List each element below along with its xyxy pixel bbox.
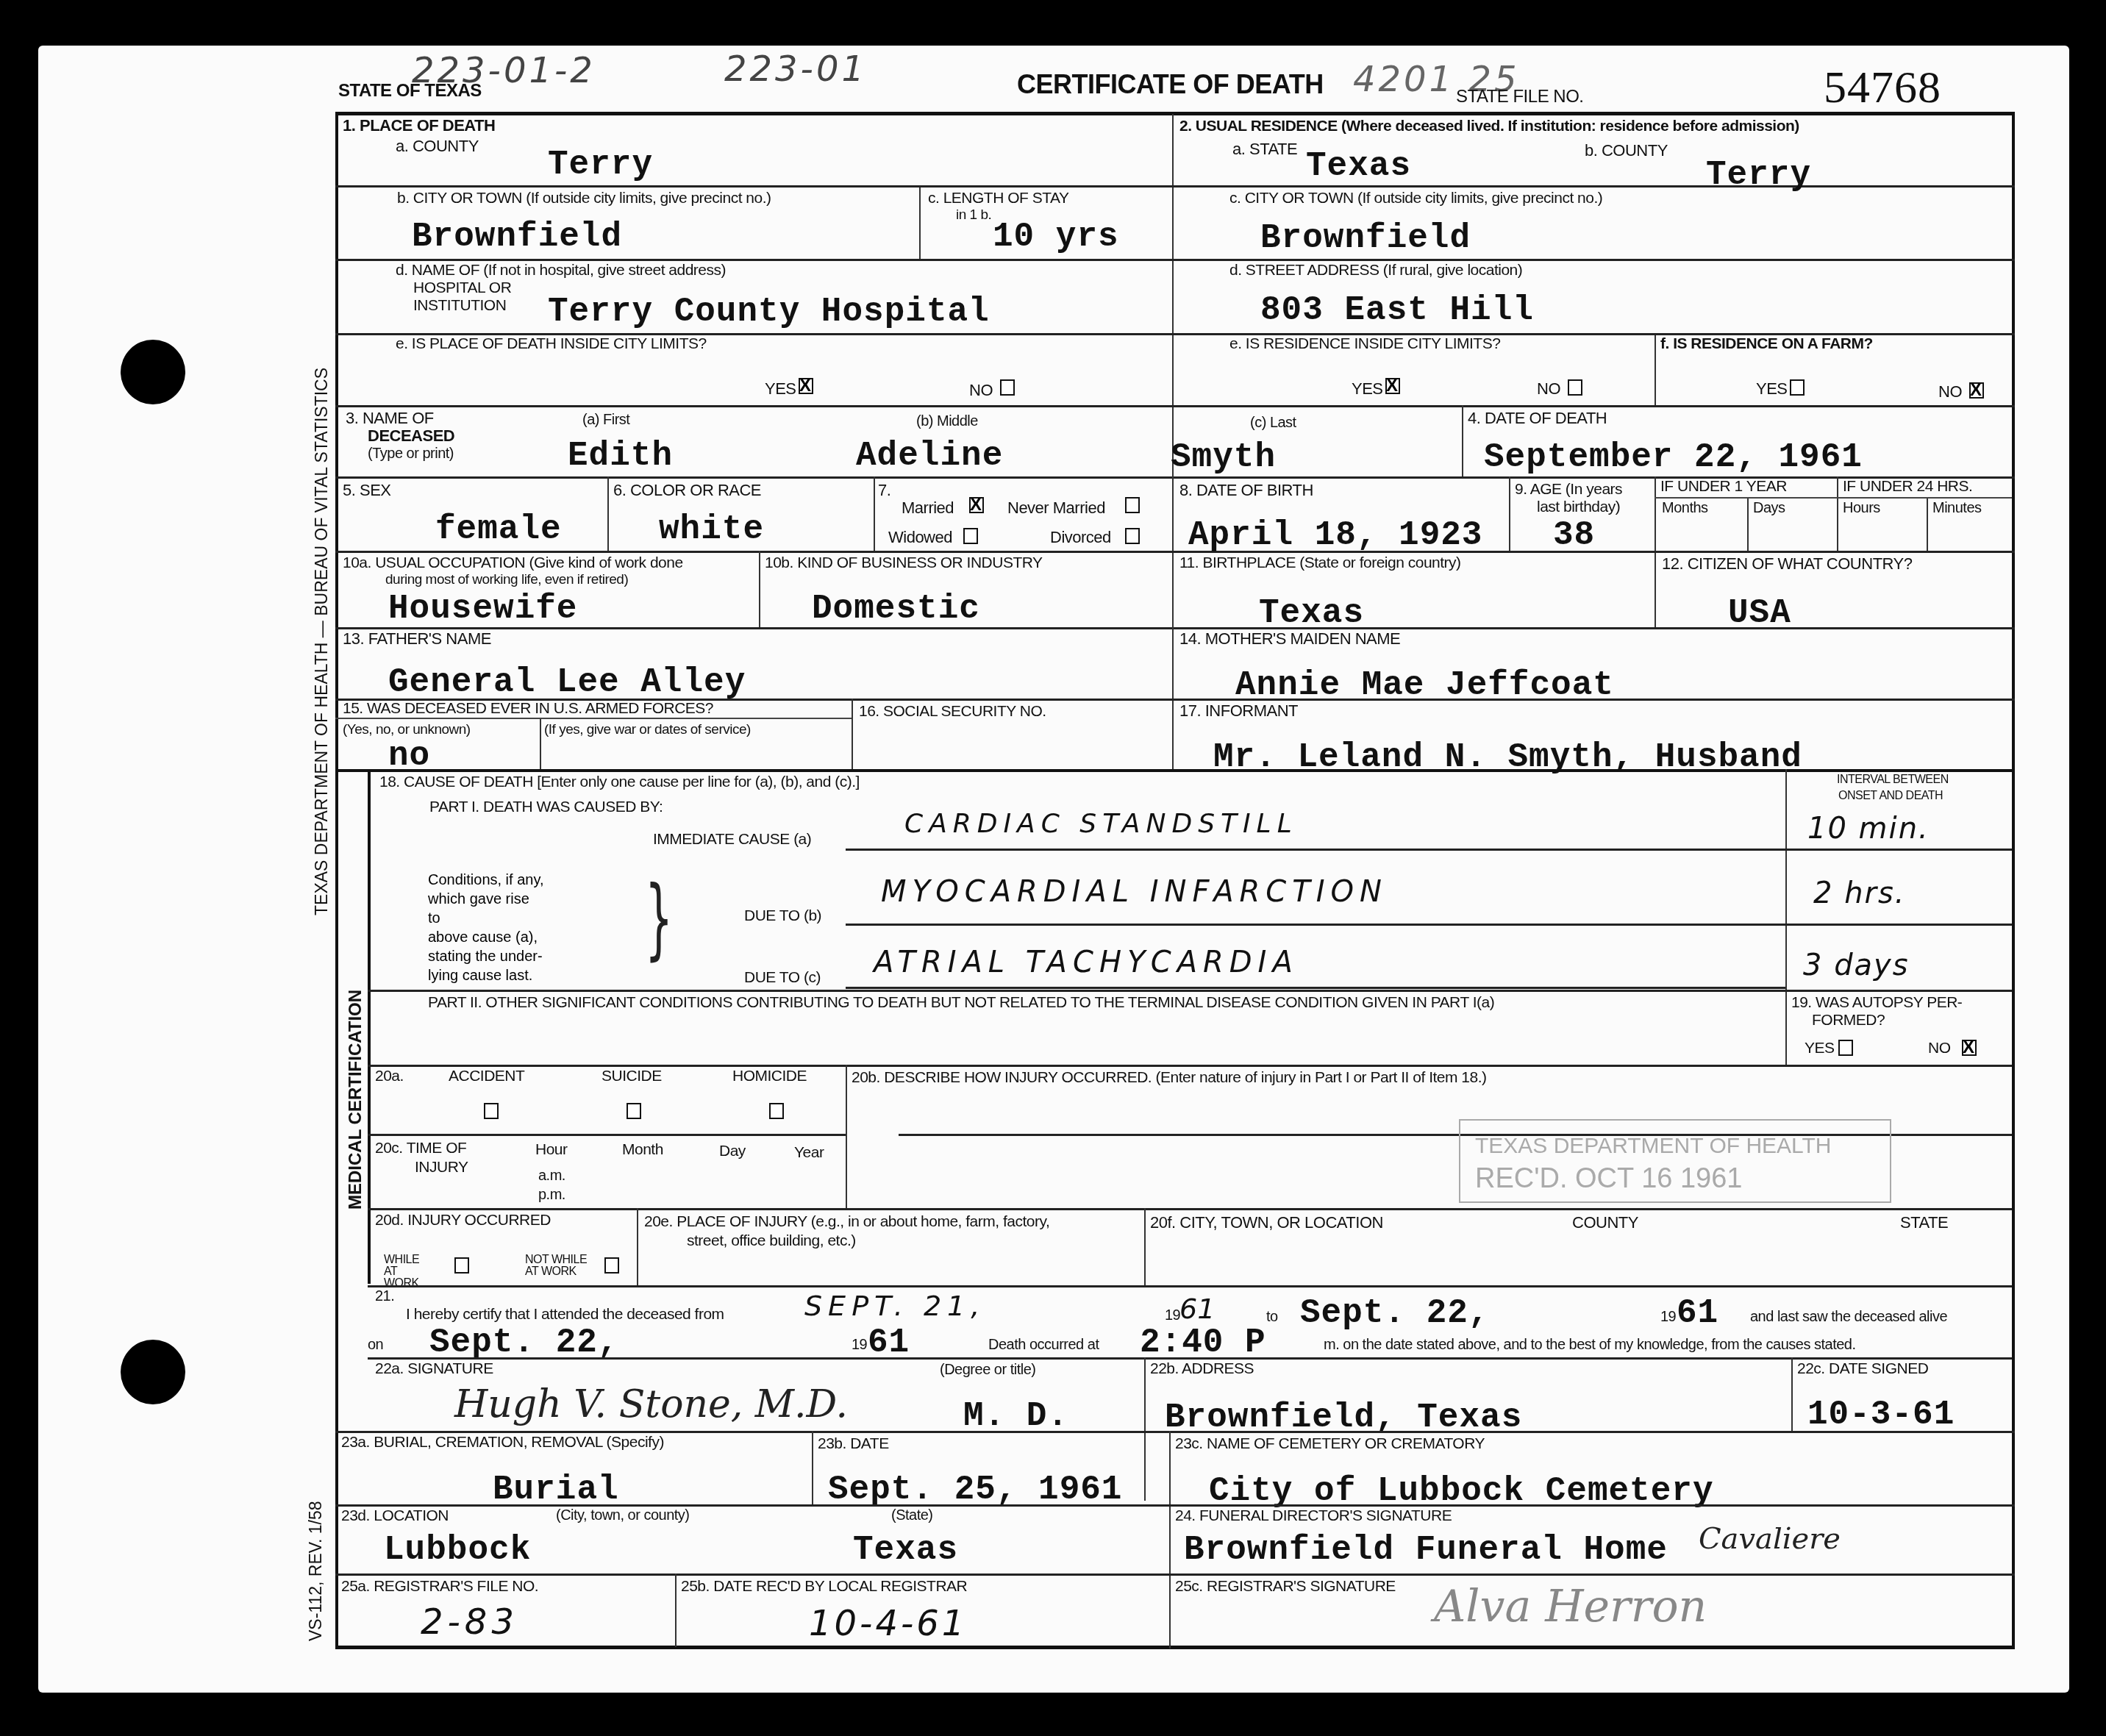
autopsy-label-1: 19. WAS AUTOPSY PER- (1791, 994, 1962, 1012)
farm-label: f. IS RESIDENCE ON A FARM? (1660, 335, 1873, 353)
label-21: 21. (375, 1288, 394, 1305)
hour-label: Hour (535, 1141, 568, 1159)
conditions-note-line: above cause (a), (428, 928, 546, 947)
divider (607, 476, 609, 551)
res-city-label: c. CITY OR TOWN (If outside city limits,… (1229, 190, 1602, 207)
middle-name-value: Adeline (856, 437, 1003, 475)
homicide-label: HOMICIDE (732, 1068, 807, 1085)
address-label: 22b. ADDRESS (1150, 1360, 1254, 1378)
place-injury-label-1: 20e. PLACE OF INJURY (e.g., in or about … (644, 1213, 1049, 1231)
day-label: Day (719, 1143, 746, 1160)
year-prefix-2: 19 (1660, 1309, 1676, 1326)
citizen-label: 12. CITIZEN OF WHAT COUNTRY? (1662, 554, 1912, 574)
cause-label: 18. CAUSE OF DEATH [Enter only one cause… (379, 774, 860, 791)
dob-label: 8. DATE OF BIRTH (1179, 481, 1313, 500)
death-county-label: a. COUNTY (396, 137, 479, 156)
year-prefix-3: 19 (852, 1337, 867, 1354)
immediate-cause-label: IMMEDIATE CAUSE (a) (653, 831, 811, 849)
death-time-value: 2:40 P (1140, 1324, 1266, 1362)
father-value: General Lee Alley (388, 663, 746, 701)
part1-label: PART I. DEATH WAS CAUSED BY: (429, 799, 663, 816)
row-line (335, 259, 2015, 261)
father-label: 13. FATHER'S NAME (343, 629, 491, 649)
form-top-border (335, 112, 2015, 115)
while-at-work-checkbox[interactable] (454, 1257, 469, 1274)
to-label: to (1266, 1309, 1278, 1326)
cemetery-label: 23c. NAME OF CEMETERY OR CREMATORY (1175, 1435, 1485, 1453)
label-20a: 20a. (375, 1068, 404, 1085)
res-inside-no-checkbox[interactable] (1568, 379, 1582, 396)
form-number-side-text: VS-112, REV. 1/58 (306, 1501, 326, 1641)
divider (540, 719, 541, 769)
last-seen-year: 61 (868, 1324, 910, 1362)
attended-to-value: Sept. 22, (1300, 1294, 1489, 1332)
autopsy-no-label: NO (1928, 1040, 1951, 1057)
birthplace-value: Texas (1259, 594, 1364, 632)
divider (919, 185, 921, 259)
farm-no-label: NO (1938, 382, 1962, 401)
divider (1927, 499, 1928, 551)
name-label-3: (Type or print) (368, 446, 454, 462)
res-state-label: a. STATE (1232, 140, 1297, 159)
sex-label: 5. SEX (343, 481, 390, 500)
middle-name-label: (b) Middle (916, 413, 978, 430)
row-line (368, 1134, 846, 1136)
length-of-stay-value: 10 yrs (993, 218, 1119, 256)
registrar-signature: Alva Herron (1434, 1581, 1707, 1632)
form-left-border (335, 112, 338, 1649)
due-to-b-label: DUE TO (b) (744, 907, 821, 925)
under-24-label: IF UNDER 24 HRS. (1843, 478, 1972, 496)
closing-text: m. on the date stated above, and to the … (1324, 1337, 1856, 1354)
stamp-line-2: REC'D. OCT 16 1961 (1475, 1163, 1743, 1195)
row-line (335, 1504, 2015, 1507)
res-county-value: Terry (1706, 156, 1811, 194)
farm-yes-label: YES (1756, 379, 1788, 399)
row-line (335, 405, 2015, 407)
row-line (1655, 497, 2012, 499)
pencil-note-2: 223-01 (724, 49, 867, 90)
stay-label-1: c. LENGTH OF STAY (928, 190, 1068, 207)
death-city-label: b. CITY OR TOWN (If outside city limits,… (397, 190, 771, 207)
cause-line-a (846, 849, 2012, 851)
due-to-b-value: MYOCARDIAL INFARCTION (881, 875, 1388, 909)
res-state-value: Texas (1306, 147, 1411, 185)
degree-value: M. D. (963, 1397, 1068, 1435)
burial-label: 23a. BURIAL, CREMATION, REMOVAL (Specify… (341, 1434, 664, 1451)
place-of-death-label: 1. PLACE OF DEATH (343, 116, 495, 135)
date-of-death-label: 4. DATE OF DEATH (1468, 409, 1607, 428)
mother-value: Annie Mae Jeffcoat (1235, 666, 1614, 704)
first-name-label: (a) First (582, 412, 629, 429)
row-line (335, 551, 2015, 553)
business-label: 10b. KIND OF BUSINESS OR INDUSTRY (765, 554, 1043, 572)
autopsy-yes-checkbox[interactable] (1838, 1040, 1853, 1056)
divider (637, 1208, 638, 1285)
interval-b-value: 2 hrs. (1813, 876, 1906, 910)
divider (1172, 114, 1174, 476)
burial-value: Burial (493, 1471, 619, 1509)
hospital-label-3: INSTITUTION (413, 297, 506, 315)
while-at-work-label: WHILE AT WORK (384, 1254, 428, 1290)
interval-label-1: INTERVAL BETWEEN (1837, 774, 1949, 787)
divider (1837, 476, 1838, 551)
dob-value: April 18, 1923 (1188, 516, 1482, 554)
pm-label: p.m. (538, 1187, 565, 1204)
divider (759, 551, 760, 627)
widowed-label: Widowed (888, 528, 952, 547)
state-label: STATE OF TEXAS (338, 81, 482, 101)
registrar-file-label: 25a. REGISTRAR'S FILE NO. (341, 1578, 538, 1596)
last-name-value: Smyth (1171, 438, 1276, 476)
brace-icon: } (645, 875, 673, 963)
last-name-label: (c) Last (1250, 415, 1296, 432)
married-checkbox[interactable] (969, 497, 984, 513)
divider (1791, 1357, 1793, 1431)
place-injury-label-2: street, office building, etc.) (687, 1232, 856, 1250)
mother-label: 14. MOTHER'S MAIDEN NAME (1179, 629, 1400, 649)
divider (675, 1574, 677, 1647)
days-label: Days (1753, 500, 1785, 517)
location-city-value: Lubbock (384, 1531, 531, 1569)
cause-line-b (846, 924, 2012, 926)
received-stamp: TEXAS DEPARTMENT OF HEALTH REC'D. OCT 16… (1459, 1119, 1891, 1203)
cause-line-c (846, 987, 1785, 989)
divider (1144, 1208, 1146, 1285)
due-to-c-value: ATRIAL TACHYCARDIA (874, 946, 1299, 979)
location-state-value: Texas (853, 1531, 958, 1569)
age-value: 38 (1553, 516, 1595, 554)
name-label-1: 3. NAME OF (346, 409, 434, 428)
age-label-1: 9. AGE (In years (1515, 481, 1622, 499)
on-label: on (368, 1337, 383, 1354)
usual-residence-label: 2. USUAL RESIDENCE (Where deceased lived… (1179, 118, 1799, 135)
month-label: Month (622, 1141, 663, 1159)
death-inside-no-checkbox[interactable] (1000, 379, 1015, 396)
divider (1785, 769, 1787, 1065)
am-label: a.m. (538, 1168, 565, 1185)
never-married-label: Never Married (1007, 499, 1105, 518)
certificate-title: CERTIFICATE OF DEATH (1017, 69, 1324, 100)
ssn-label: 16. SOCIAL SECURITY NO. (859, 703, 1046, 721)
conditions-note-line: which gave rise to (428, 890, 546, 928)
divider (1509, 476, 1510, 551)
funeral-director-label: 24. FUNERAL DIRECTOR'S SIGNATURE (1175, 1507, 1452, 1525)
department-side-text: TEXAS DEPARTMENT OF HEALTH — BUREAU OF V… (312, 368, 332, 915)
punch-hole-top (121, 340, 185, 404)
sex-value: female (435, 510, 562, 549)
race-value: white (659, 510, 764, 549)
divider (1169, 1431, 1171, 1649)
conditions-note: Conditions, if any, which gave rise to a… (428, 871, 546, 985)
res-street-value: 803 East Hill (1260, 291, 1534, 329)
row-line (368, 1357, 2012, 1360)
death-city-value: Brownfield (412, 218, 622, 256)
registrar-file-value: 2-83 (421, 1601, 518, 1643)
res-inside-no-label: NO (1537, 379, 1560, 399)
attended-from-value: SEPT. 21, (804, 1290, 985, 1322)
injury-location-label: 20f. CITY, TOWN, OR LOCATION (1150, 1213, 1383, 1232)
minutes-label: Minutes (1932, 500, 1982, 517)
not-while-at-work-label: NOT WHILE AT WORK (525, 1254, 591, 1278)
suicide-checkbox[interactable] (627, 1103, 641, 1119)
death-inside-no-label: NO (969, 381, 993, 400)
form-right-border (2012, 112, 2015, 1649)
death-inside-yes-checkbox[interactable] (799, 378, 813, 394)
occupation-value: Housewife (388, 590, 577, 628)
describe-injury-label: 20b. DESCRIBE HOW INJURY OCCURRED. (Ente… (852, 1069, 1487, 1087)
autopsy-yes-label: YES (1805, 1040, 1835, 1057)
row-line (368, 1208, 2012, 1210)
farm-yes-checkbox[interactable] (1790, 379, 1805, 396)
degree-label: (Degree or title) (940, 1362, 1035, 1379)
res-inside-limits-label: e. IS RESIDENCE INSIDE CITY LIMITS? (1229, 335, 1500, 353)
hours-label: Hours (1843, 500, 1880, 517)
hospital-label-2: HOSPITAL OR (413, 279, 511, 297)
marital-label: 7. (878, 481, 890, 500)
location-state-sublabel: (State) (891, 1507, 933, 1524)
date-signed-label: 22c. DATE SIGNED (1797, 1360, 1928, 1378)
medical-certification-side-text: MEDICAL CERTIFICATION (346, 990, 366, 1210)
year-prefix-1: 19 (1165, 1307, 1180, 1324)
divider (852, 699, 853, 769)
last-saw-text: and last saw the deceased alive (1750, 1309, 1947, 1326)
farm-no-checkbox[interactable] (1969, 382, 1984, 399)
immediate-cause-value: CARDIAC STANDSTILL (904, 809, 1298, 839)
due-to-c-label: DUE TO (c) (744, 969, 821, 987)
armed-yn-label: (Yes, no, or unknown) (343, 722, 471, 738)
form-bottom-border (335, 1646, 2015, 1649)
suicide-label: SUICIDE (602, 1068, 662, 1085)
time-injury-label-1: 20c. TIME OF (375, 1140, 466, 1157)
injury-county-label: COUNTY (1572, 1213, 1638, 1232)
citizen-value: USA (1728, 594, 1791, 632)
interval-c-value: 3 days (1803, 949, 1910, 982)
armed-war-label: (If yes, give war or dates of service) (544, 722, 751, 738)
divider (812, 1431, 813, 1504)
burial-date-label: 23b. DATE (818, 1435, 889, 1453)
year-label: Year (794, 1144, 824, 1162)
location-label: 23d. LOCATION (341, 1507, 449, 1525)
married-label: Married (902, 499, 954, 518)
row-line (368, 990, 2012, 992)
interval-a-value: 10 min. (1807, 812, 1930, 846)
funeral-director-value: Brownfield Funeral Home (1184, 1531, 1668, 1569)
res-county-label: b. COUNTY (1585, 141, 1668, 160)
state-file-number: 54768 (1824, 62, 1941, 114)
date-signed-value: 10-3-61 (1807, 1396, 1955, 1434)
divider (1655, 333, 1656, 405)
injury-state-label: STATE (1900, 1213, 1948, 1232)
signature-label: 22a. SIGNATURE (375, 1360, 493, 1378)
row-line (368, 1285, 2012, 1287)
business-value: Domestic (812, 590, 980, 628)
state-file-label: STATE FILE NO. (1456, 87, 1583, 107)
armed-forces-value: no (388, 737, 430, 775)
homicide-checkbox[interactable] (769, 1103, 784, 1119)
funeral-director-signature: Cavaliere (1699, 1522, 1841, 1556)
occupation-label-2: during most of working life, even if ret… (385, 572, 628, 588)
date-recd-label: 25b. DATE REC'D BY LOCAL REGISTRAR (681, 1578, 967, 1596)
divider (1144, 1357, 1146, 1501)
res-inside-yes-checkbox[interactable] (1385, 378, 1400, 394)
death-occurred-label: Death occurred at (988, 1337, 1099, 1354)
divorced-label: Divorced (1050, 528, 1111, 547)
conditions-note-line: Conditions, if any, (428, 871, 546, 890)
death-inside-yes-label: YES (765, 379, 796, 399)
stay-label-2: in 1 b. (956, 207, 991, 224)
registrar-signature-label: 25c. REGISTRAR'S SIGNATURE (1175, 1578, 1396, 1596)
divider (846, 1065, 847, 1208)
first-name-value: Edith (568, 437, 673, 475)
punch-hole-bottom (121, 1340, 185, 1404)
medical-inner-border (368, 769, 371, 1284)
injury-occurred-label: 20d. INJURY OCCURRED (375, 1212, 551, 1229)
autopsy-label-2: FORMED? (1812, 1012, 1885, 1029)
death-county-value: Terry (548, 146, 653, 184)
date-of-death-value: September 22, 1961 (1484, 438, 1863, 476)
burial-date-value: Sept. 25, 1961 (828, 1471, 1122, 1509)
interval-label-2: ONSET AND DEATH (1838, 790, 1943, 803)
never-married-checkbox[interactable] (1125, 497, 1140, 513)
row-line (335, 1431, 2015, 1433)
res-street-label: d. STREET ADDRESS (If rural, give locati… (1229, 262, 1522, 279)
res-inside-yes-label: YES (1352, 379, 1383, 399)
divider (1747, 499, 1749, 551)
last-seen-date-value: Sept. 22, (429, 1324, 618, 1362)
part2-label: PART II. OTHER SIGNIFICANT CONDITIONS CO… (428, 994, 1494, 1012)
under-year-label: IF UNDER 1 YEAR (1660, 478, 1787, 496)
divorced-checkbox[interactable] (1125, 528, 1140, 544)
birthplace-label: 11. BIRTHPLACE (State or foreign country… (1179, 554, 1461, 572)
race-label: 6. COLOR OR RACE (613, 481, 761, 500)
attended-text: I hereby certify that I attended the dec… (406, 1306, 724, 1324)
res-city-value: Brownfield (1260, 219, 1471, 257)
time-injury-label-2: INJURY (415, 1159, 468, 1176)
informant-value: Mr. Leland N. Smyth, Husband (1213, 738, 1802, 776)
name-label-2: DECEASED (368, 426, 454, 446)
months-label: Months (1662, 500, 1708, 517)
conditions-note-line: lying cause last. (428, 966, 546, 985)
divider (874, 476, 875, 551)
autopsy-no-checkbox[interactable] (1962, 1040, 1977, 1056)
date-recd-value: 10-4-61 (809, 1603, 967, 1644)
hospital-value: Terry County Hospital (548, 293, 990, 331)
age-label-2: last birthday) (1537, 499, 1620, 516)
widowed-checkbox[interactable] (963, 528, 978, 544)
row-line (335, 1574, 2015, 1576)
attended-to-year: 61 (1677, 1294, 1718, 1332)
occupation-label-1: 10a. USUAL OCCUPATION (Give kind of work… (343, 554, 683, 572)
not-while-at-work-checkbox[interactable] (604, 1257, 619, 1274)
informant-label: 17. INFORMANT (1179, 701, 1298, 721)
armed-forces-label: 15. WAS DECEASED EVER IN U.S. ARMED FORC… (343, 700, 713, 718)
accident-label: ACCIDENT (449, 1068, 524, 1085)
row-line (368, 1065, 2012, 1067)
attended-from-year: 61 (1179, 1293, 1215, 1325)
accident-checkbox[interactable] (484, 1103, 499, 1119)
divider (1462, 405, 1463, 476)
death-inside-limits-label: e. IS PLACE OF DEATH INSIDE CITY LIMITS? (396, 335, 707, 353)
hospital-label-1: d. NAME OF (If not in hospital, give str… (396, 262, 726, 279)
conditions-note-line: stating the under- (428, 947, 546, 966)
stamp-line-1: TEXAS DEPARTMENT OF HEALTH (1475, 1134, 1832, 1159)
location-city-sublabel: (City, town, or county) (556, 1507, 690, 1524)
row-line (335, 718, 852, 719)
physician-signature: Hugh V. Stone, M.D. (454, 1382, 848, 1426)
